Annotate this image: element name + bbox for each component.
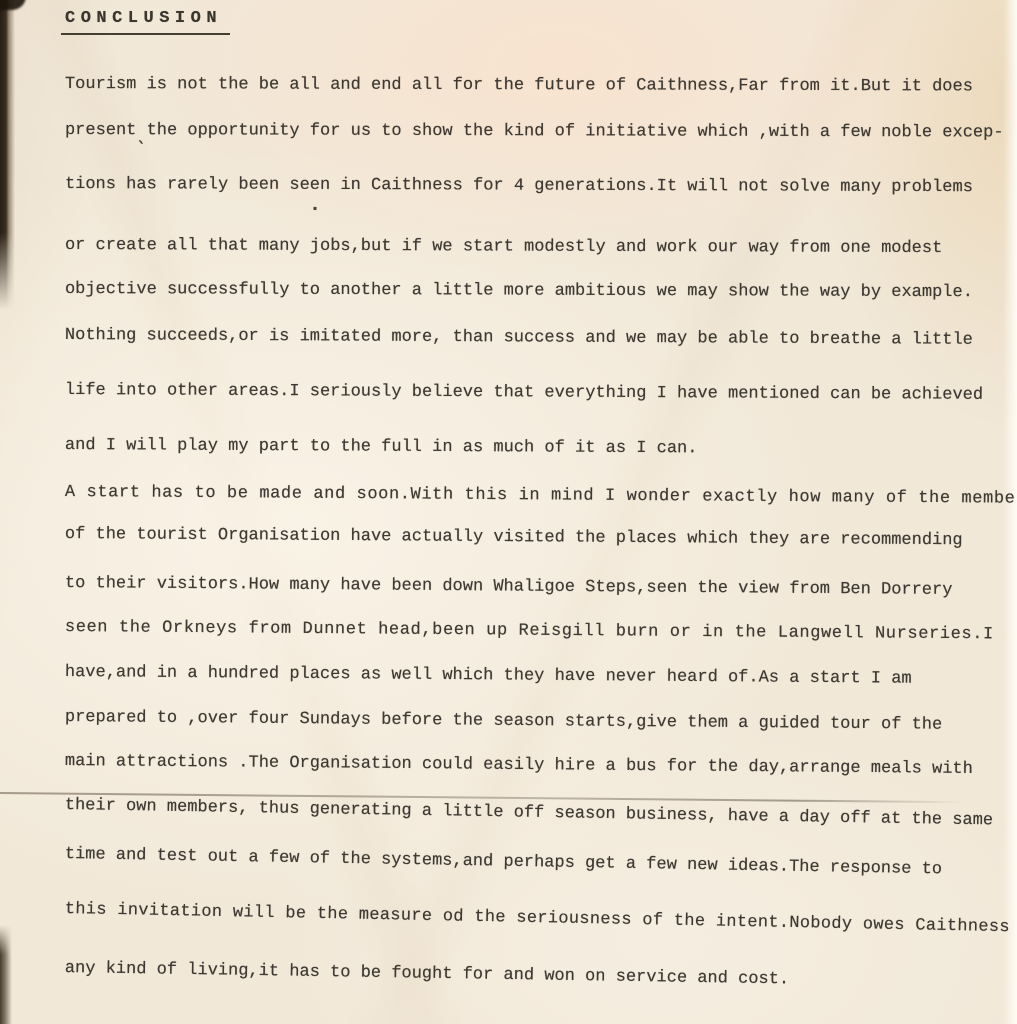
- text-line-12: seen the Orkneys from Dunnet head,been u…: [65, 618, 994, 645]
- scan-edge-left-top: [0, 0, 15, 310]
- text-line-17: time and test out a few of the systems,a…: [65, 845, 943, 880]
- stray-dot-mark: .: [309, 194, 321, 217]
- document-heading: CONCLUSION: [61, 9, 230, 35]
- text-line-5: objective successfully to another a litt…: [65, 280, 973, 303]
- text-line-7: life into other areas.I seriously believ…: [65, 381, 983, 406]
- scan-edge-right: [1003, 0, 1017, 1024]
- text-line-19: any kind of living,it has to be fought f…: [65, 959, 790, 990]
- scanned-document-page: CONCLUSION Tourism is not the be all and…: [0, 0, 1017, 1024]
- text-line-10: of the tourist Organisation have actuall…: [65, 525, 963, 551]
- text-line-6: Nothing succeeds,or is imitated more, th…: [65, 326, 973, 351]
- text-line-8: and I will play my part to the full in a…: [65, 436, 698, 459]
- text-line-2: present the opportunity for us to show t…: [65, 121, 1004, 143]
- text-line-14: prepared to ,over four Sundays before th…: [65, 708, 942, 736]
- text-line-11: to their visitors.How many have been dow…: [65, 574, 953, 601]
- scan-edge-corner: [0, 0, 26, 10]
- text-line-3: tions has rarely been seen in Caithness …: [65, 175, 973, 198]
- text-line-15: main attractions .The Organisation could…: [65, 752, 973, 780]
- text-line-9: A start has to be made and soon.With thi…: [65, 483, 1017, 510]
- scan-edge-left-bottom: [0, 925, 12, 1024]
- text-line-18: this invitation will be the measure od t…: [65, 900, 1010, 938]
- text-line-1: Tourism is not the be all and end all fo…: [65, 75, 973, 97]
- text-line-13: have,and in a hundred places as well whi…: [65, 663, 912, 690]
- text-line-4: or create all that many jobs,but if we s…: [65, 236, 942, 259]
